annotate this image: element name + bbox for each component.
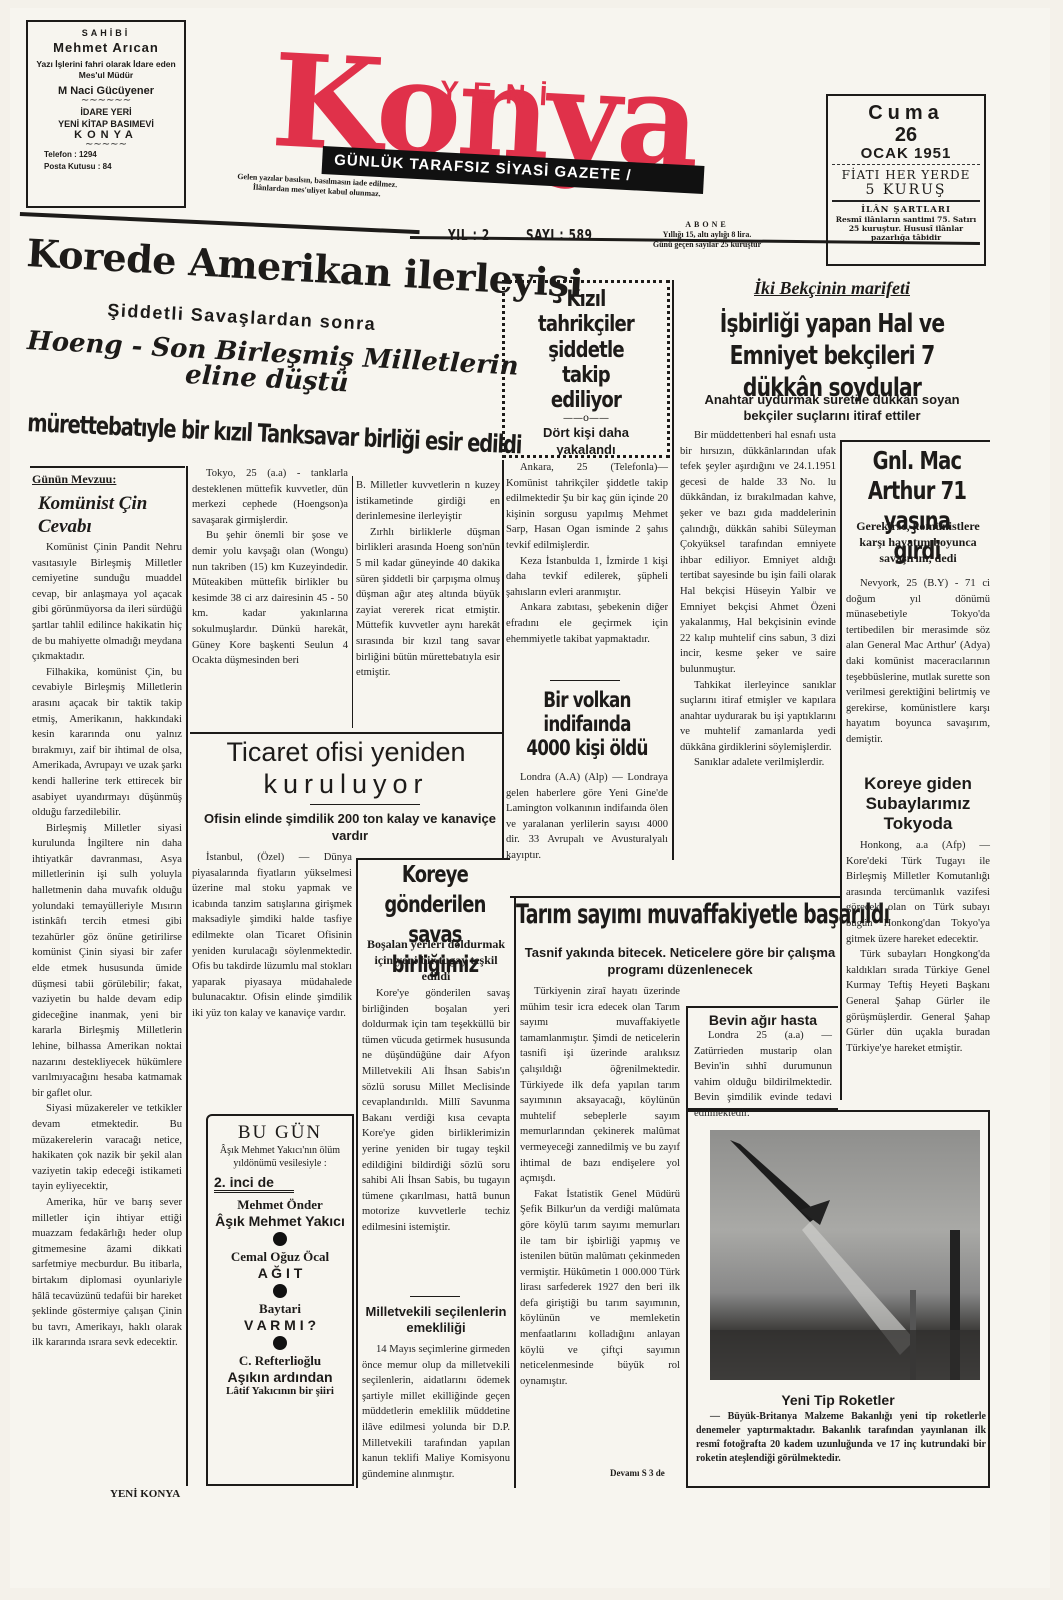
bekci-kicker: İki Bekçinin marifeti — [682, 278, 982, 299]
paragraph: Londra (A.A) (Alp) — Londraya gelen habe… — [506, 770, 668, 864]
bullet-icon — [273, 1336, 287, 1350]
po-box: Posta Kutusu : 84 — [36, 161, 176, 173]
column-rule — [502, 460, 504, 860]
macarthur-subhead: Gerekirse, komünistlere karşı hayatım bo… — [846, 518, 990, 566]
month-year: OCAK 1951 — [832, 145, 980, 165]
kizil-subhead: Dört kişi daha yakalandı — [511, 424, 661, 458]
logo-yeni: YENİ — [439, 75, 562, 113]
bekci-body: Bir müddettenberi hal esnafı usta bir hı… — [680, 428, 836, 771]
paragraph: Ankara zabıtası, şebekenin diğer efradın… — [506, 600, 668, 647]
volkan-body: Londra (A.A) (Alp) — Londraya gelen habe… — [506, 770, 668, 864]
paragraph: Amerika, hür ve barış sever milletler iç… — [32, 1195, 182, 1351]
koreye-body: Kore'ye gönderilen savaş birliğinden boş… — [362, 986, 510, 1236]
owner-name: Mehmet Arıcan — [36, 40, 176, 55]
wave-divider: ∼∼∼∼∼ — [36, 141, 176, 149]
tarim-body: Türkiyenin ziraî hayatı üzerinde mühim t… — [520, 984, 680, 1389]
issue-number: SAYI : 589 — [526, 226, 593, 244]
bugun-title: BU GÜN — [214, 1122, 346, 1144]
short-rule — [310, 804, 420, 805]
paragraph: — Büyük-Britanya Malzeme Bakanlığı yeni … — [696, 1410, 986, 1466]
ticaret-headline: Ticaret ofisi yeniden kuruluyor — [190, 736, 502, 800]
ticaret-headline-line1: Ticaret ofisi yeniden — [190, 736, 502, 768]
photo-caption-title: Yeni Tip Roketler — [690, 1392, 986, 1408]
editor-role: Yazı İşlerini fahri olarak İdare eden Me… — [36, 59, 176, 81]
year-label: YIL : 2 — [448, 226, 490, 244]
paragraph: Kore'ye gönderilen savaş birliğinden boş… — [362, 986, 510, 1236]
bugun-page-ref: 2. inci de — [214, 1174, 294, 1193]
bugun-author: Mehmet Önder — [214, 1197, 346, 1213]
ticaret-headline-line2: kuruluyor — [190, 768, 502, 800]
paragraph: Nevyork, 25 (B.Y) - 71 ci doğum yıl dönü… — [846, 576, 990, 748]
paragraph: İstanbul, (Özel) — Dünya piyasalarında f… — [192, 850, 352, 1022]
bugun-item-title: Âşık Mehmet Yakıcı — [214, 1213, 346, 1229]
ads-title: İLÂN ŞARTLARI — [828, 205, 984, 215]
bullet-icon — [273, 1232, 287, 1246]
section-rule — [190, 732, 502, 734]
kizil-body: Ankara, 25 (Telefonla)— Komünist tahrikç… — [506, 460, 668, 647]
editorial-kicker: Günün Mevzuu: — [32, 472, 116, 487]
lead-deck: mürettebatıyle bir kızıl Tanksavar birli… — [27, 408, 522, 459]
subscription-info: ABONE Yıllığı 15, altı aylığı 8 lira. Gü… — [622, 220, 792, 250]
bullet-icon — [273, 1284, 287, 1298]
price: 5 KURUŞ — [832, 182, 980, 202]
editorial-title: Komünist Çin Cevabı — [38, 492, 178, 538]
paragraph: Londra 25 (a.a) — Zatürrieden mustarip o… — [694, 1028, 832, 1122]
lead-body-col2: B. Milletler kuvvetlerin n kuzey istikam… — [356, 478, 500, 681]
bugun-item-title: A Ğ I T — [214, 1265, 346, 1281]
macarthur-body: Nevyork, 25 (B.Y) - 71 ci doğum yıl dönü… — [846, 576, 990, 748]
paragraph: B. Milletler kuvvetlerin n kuzey istikam… — [356, 478, 500, 525]
kizil-story-box: Kızıl tahrikçiler şiddetle takip ediliyo… — [502, 280, 670, 458]
column-rule — [672, 280, 674, 860]
column-rule — [352, 476, 353, 728]
koreye-subhead: Boşalan yerleri doldurmak için yeni bir … — [362, 936, 510, 984]
divider: ——o—— — [511, 413, 661, 424]
bugun-intro: Âşık Mehmet Yakıcı'nın ölüm yıldönümü ve… — [214, 1144, 346, 1170]
column-rule — [514, 896, 516, 1488]
bugun-item-title: V A R M I ? — [214, 1317, 346, 1333]
phone: Telefon : 1294 — [36, 149, 176, 161]
milletvekili-body: 14 Mayıs seçimlerine girmeden önce memur… — [362, 1342, 510, 1482]
paragraph: Fakat İstatistik Genel Müdürü Şefik Bilk… — [520, 1187, 680, 1390]
paragraph: Zırhlı birliklerle düşman birlikleri ara… — [356, 525, 500, 681]
subay-body: Honkong, a.a (Afp) — Kore'deki Türk Tuga… — [846, 838, 990, 1056]
volkan-headline: Bir volkan indifaında 4000 kişi öldü — [522, 688, 652, 760]
column-rule — [186, 466, 188, 1486]
paragraph: Bir müddettenberi hal esnafı usta bir hı… — [680, 428, 836, 678]
bugun-box: BU GÜN Âşık Mehmet Yakıcı'nın ölüm yıldö… — [206, 1114, 354, 1486]
bugun-footer: Lâtif Yakıcının bir şiiri — [214, 1385, 346, 1397]
paragraph: Komünist Çinin Pandit Nehru vasıtasıyle … — [32, 540, 182, 665]
paragraph: Birleşmiş Milletler siyasi kurulunda İng… — [32, 821, 182, 1102]
ticaret-body: İstanbul, (Özel) — Dünya piyasalarında f… — [192, 850, 352, 1022]
column-rule — [356, 858, 358, 1488]
bekci-headline: İşbirliği yapan Hal ve Emniyet bekçileri… — [715, 308, 949, 404]
tarim-subhead: Tasnif yakında bitecek. Neticelere göre … — [520, 944, 840, 978]
rocket-image — [710, 1130, 980, 1380]
paragraph: Tahkikat ilerleyince sanıklar suçlarını … — [680, 678, 836, 756]
box-rule — [840, 440, 990, 442]
paragraph: 14 Mayıs seçimlerine girmeden önce memur… — [362, 1342, 510, 1482]
issue-info: YIL : 2 SAYI : 589 — [448, 226, 622, 244]
bekci-subhead: Anahtar uydurmak suretile dükkân soyan b… — [682, 392, 982, 424]
editorial-top-rule — [30, 466, 185, 468]
photo-caption: — Büyük-Britanya Malzeme Bakanlığı yeni … — [696, 1410, 986, 1466]
wave-divider: ∼∼∼∼∼∼ — [36, 97, 176, 105]
paragraph: Siyasi müzakereler ve tetkikler devam et… — [32, 1101, 182, 1195]
paragraph: Tokyo, 25 (a.a) - tanklarla desteklenen … — [192, 466, 348, 528]
paragraph: Sanıklar adalete verilmişlerdir. — [680, 755, 836, 771]
paragraph: Bu şehir önemli bir şose ve demir yolu k… — [192, 528, 348, 668]
tarim-headline: Tarım sayımı muvaffakiyetle başarıldı — [516, 898, 744, 932]
bugun-item-title: Aşıkın ardından — [214, 1369, 346, 1385]
short-rule — [550, 680, 620, 681]
office-name: YENİ KİTAP BASIMEVİ — [36, 119, 176, 129]
kizil-headline: Kızıl tahrikçiler şiddetle takip ediliyo… — [525, 287, 648, 413]
ticaret-subhead: Ofisin elinde şimdilik 200 ton kalay ve … — [200, 810, 500, 844]
bugun-author: Cemal Oğuz Öcal — [214, 1249, 346, 1265]
owner-box: SAHİBİ Mehmet Arıcan Yazı İşlerini fahri… — [26, 20, 186, 208]
bugun-author: Baytari — [214, 1301, 346, 1317]
bevin-body: Londra 25 (a.a) — Zatürrieden mustarip o… — [694, 1028, 832, 1122]
column-rule — [840, 440, 842, 1100]
paragraph: Türk subayları Hongkong'da kaldıkları sı… — [846, 947, 990, 1056]
paragraph: Filhakika, komünist Çin, bu cevabiyle Bi… — [32, 665, 182, 821]
paragraph: Keza İstanbulda 1, İzmirde 1 kişi daha t… — [506, 554, 668, 601]
paragraph: Türkiyenin ziraî hayatı üzerinde mühim t… — [520, 984, 680, 1187]
lead-body-col1: Tokyo, 25 (a.a) - tanklarla desteklenen … — [192, 466, 348, 669]
rocket-photo — [710, 1130, 980, 1380]
lead-subhead: Şiddetli Savaşlardan sonra — [107, 300, 377, 335]
editorial-body: Komünist Çinin Pandit Nehru vasıtasıyle … — [32, 540, 182, 1351]
day-number: 26 — [828, 125, 984, 145]
paragraph: Ankara, 25 (Telefonla)— Komünist tahrikç… — [506, 460, 668, 554]
slash-mark: / — [626, 167, 632, 184]
subscription-title: ABONE — [622, 220, 792, 230]
newspaper-page: SAHİBİ Mehmet Arıcan Yazı İşlerini fahri… — [10, 8, 1050, 1588]
price-label: FİATI HER YERDE — [828, 168, 984, 182]
bevin-box: Bevin ağır hasta Londra 25 (a.a) — Zatür… — [686, 1006, 838, 1110]
milletvekili-headline: Milletvekili seçilenlerin emekliliği — [362, 1304, 510, 1336]
subay-headline: Koreye giden Subaylarımız Tokyoda — [846, 774, 990, 834]
office-label: İDARE YERİ — [36, 107, 176, 117]
bugun-author: C. Refterlioğlu — [214, 1353, 346, 1369]
ads-terms: Resmî ilânların santimi 75. Satırı 25 ku… — [828, 215, 984, 242]
owner-label: SAHİBİ — [36, 28, 176, 38]
short-rule — [410, 1296, 460, 1297]
continued-note: Devamı S 3 de — [610, 1468, 665, 1478]
editorial-signature: YENİ KONYA — [110, 1488, 180, 1500]
weekday: Cuma — [828, 102, 984, 125]
bevin-headline: Bevin ağır hasta — [694, 1012, 832, 1028]
paragraph: Honkong, a.a (Afp) — Kore'deki Türk Tuga… — [846, 838, 990, 947]
